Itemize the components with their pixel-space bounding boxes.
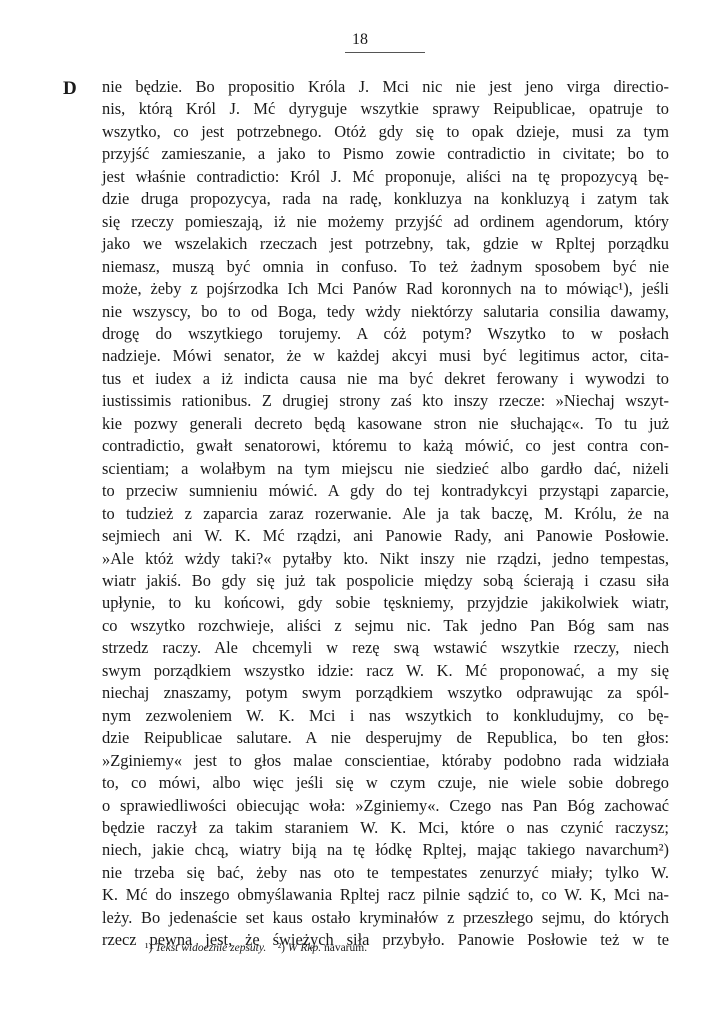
text-line: scientiam; a wolałbym na tym miejscu nie… [102,458,669,480]
text-line: jest właśnie contradictio: Król J. Mć pr… [102,166,669,188]
text-line: »Zginiemy« jest to głos malae conscienti… [102,750,669,772]
text-line: to przeciw sumnieniu mówić. A gdy do tej… [102,480,669,502]
text-line: wiatr jakiś. Bo gdy się już tak pospolic… [102,570,669,592]
text-line: nie trzeba się bać, żeby nas oto te temp… [102,862,669,884]
footnote-2-mark: ²) [278,942,285,954]
text-line: może, żeby z pojśrzodka Ich Mci Panów Ra… [102,278,669,300]
text-line: sejmiech ani W. K. Mć rządzi, ani Panowi… [102,525,669,547]
text-line: niemasz, muszą być omnia in confuso. To … [102,256,669,278]
text-line: kie pozwy generali decreto będą kasowane… [102,413,669,435]
footnote-2-text: navarum. [324,942,367,954]
text-line: co wszytko rozchwieje, aliści z sejmu ni… [102,615,669,637]
text-line: tus et iudex a iż indicta causa nie ma b… [102,368,669,390]
signature-mark: D [63,78,77,100]
text-line: przyjść zamieszanie, a jako to Pismo zow… [102,143,669,165]
text-line: iustissimis rationibus. Z drugiej strony… [102,390,669,412]
text-line: niech, jakie chcą, wiatry biją na tę łód… [102,839,669,861]
text-line: dzie druga propozycya, rada na radę, kon… [102,188,669,210]
page-number: 18 [0,31,720,49]
text-line: dzie Reipublicae salutare. A nie desperu… [102,727,669,749]
body-text: nie będzie. Bo propositio Króla J. Mci n… [102,76,669,952]
text-line: wszytko, co jest potrzebnego. Otóż gdy s… [102,121,669,143]
footnote-1-text: Tekst widocznie zepsuty. [155,942,266,954]
text-line: leży. Bo jedenaście set kaus ostało krym… [102,907,669,929]
text-line: contradictio, gwałt senatorowi, któremu … [102,435,669,457]
text-line: to, co mówi, albo więc jeśli się w czym … [102,772,669,794]
text-line: upłynie, to ku końcowi, gdy sobie tęskni… [102,592,669,614]
text-line: nadzieje. Mówi senator, że w każdej akcy… [102,345,669,367]
text-line: nis, którą Król J. Mć dyryguje wszytkie … [102,98,669,120]
text-line: strzedz raczy. Ale chcemyli w rezę swą w… [102,637,669,659]
text-line: o sprawiedliwości obiecując woła: »Zgini… [102,795,669,817]
text-line: »Ale któż wżdy taki?« pytałby kto. Nikt … [102,548,669,570]
text-line: będzie raczył za takim staraniem W. K. M… [102,817,669,839]
text-line: K. Mć do inszego obmyślawania Rpltej rac… [102,884,669,906]
footnotes: ¹) Tekst widocznie zepsuty. ²) W Rkp. na… [145,942,367,954]
text-line: drogę do wszytkiego torujemy. A cóż poty… [102,323,669,345]
text-line: to tudzież z zaparcia zaraz rozerwanie. … [102,503,669,525]
text-line: nie będzie. Bo propositio Króla J. Mci n… [102,76,669,98]
text-line: jako we wszelakich rzeczach jest potrzeb… [102,233,669,255]
text-line: niechaj znaszamy, potym swym porządkiem … [102,682,669,704]
footnote-1-mark: ¹) [145,942,152,954]
text-line: swym porządkiem wszystko idzie: racz W. … [102,660,669,682]
page-number-rule [345,52,425,53]
text-line: nie wszyscy, bo to od Boga, tedy wżdy ni… [102,301,669,323]
text-line: nym zezwoleniem W. K. Mci i nas wszytkic… [102,705,669,727]
text-line: się rzeczy pomieszają, iż nie możemy prz… [102,211,669,233]
footnote-2-italic: W Rkp. [288,942,321,954]
